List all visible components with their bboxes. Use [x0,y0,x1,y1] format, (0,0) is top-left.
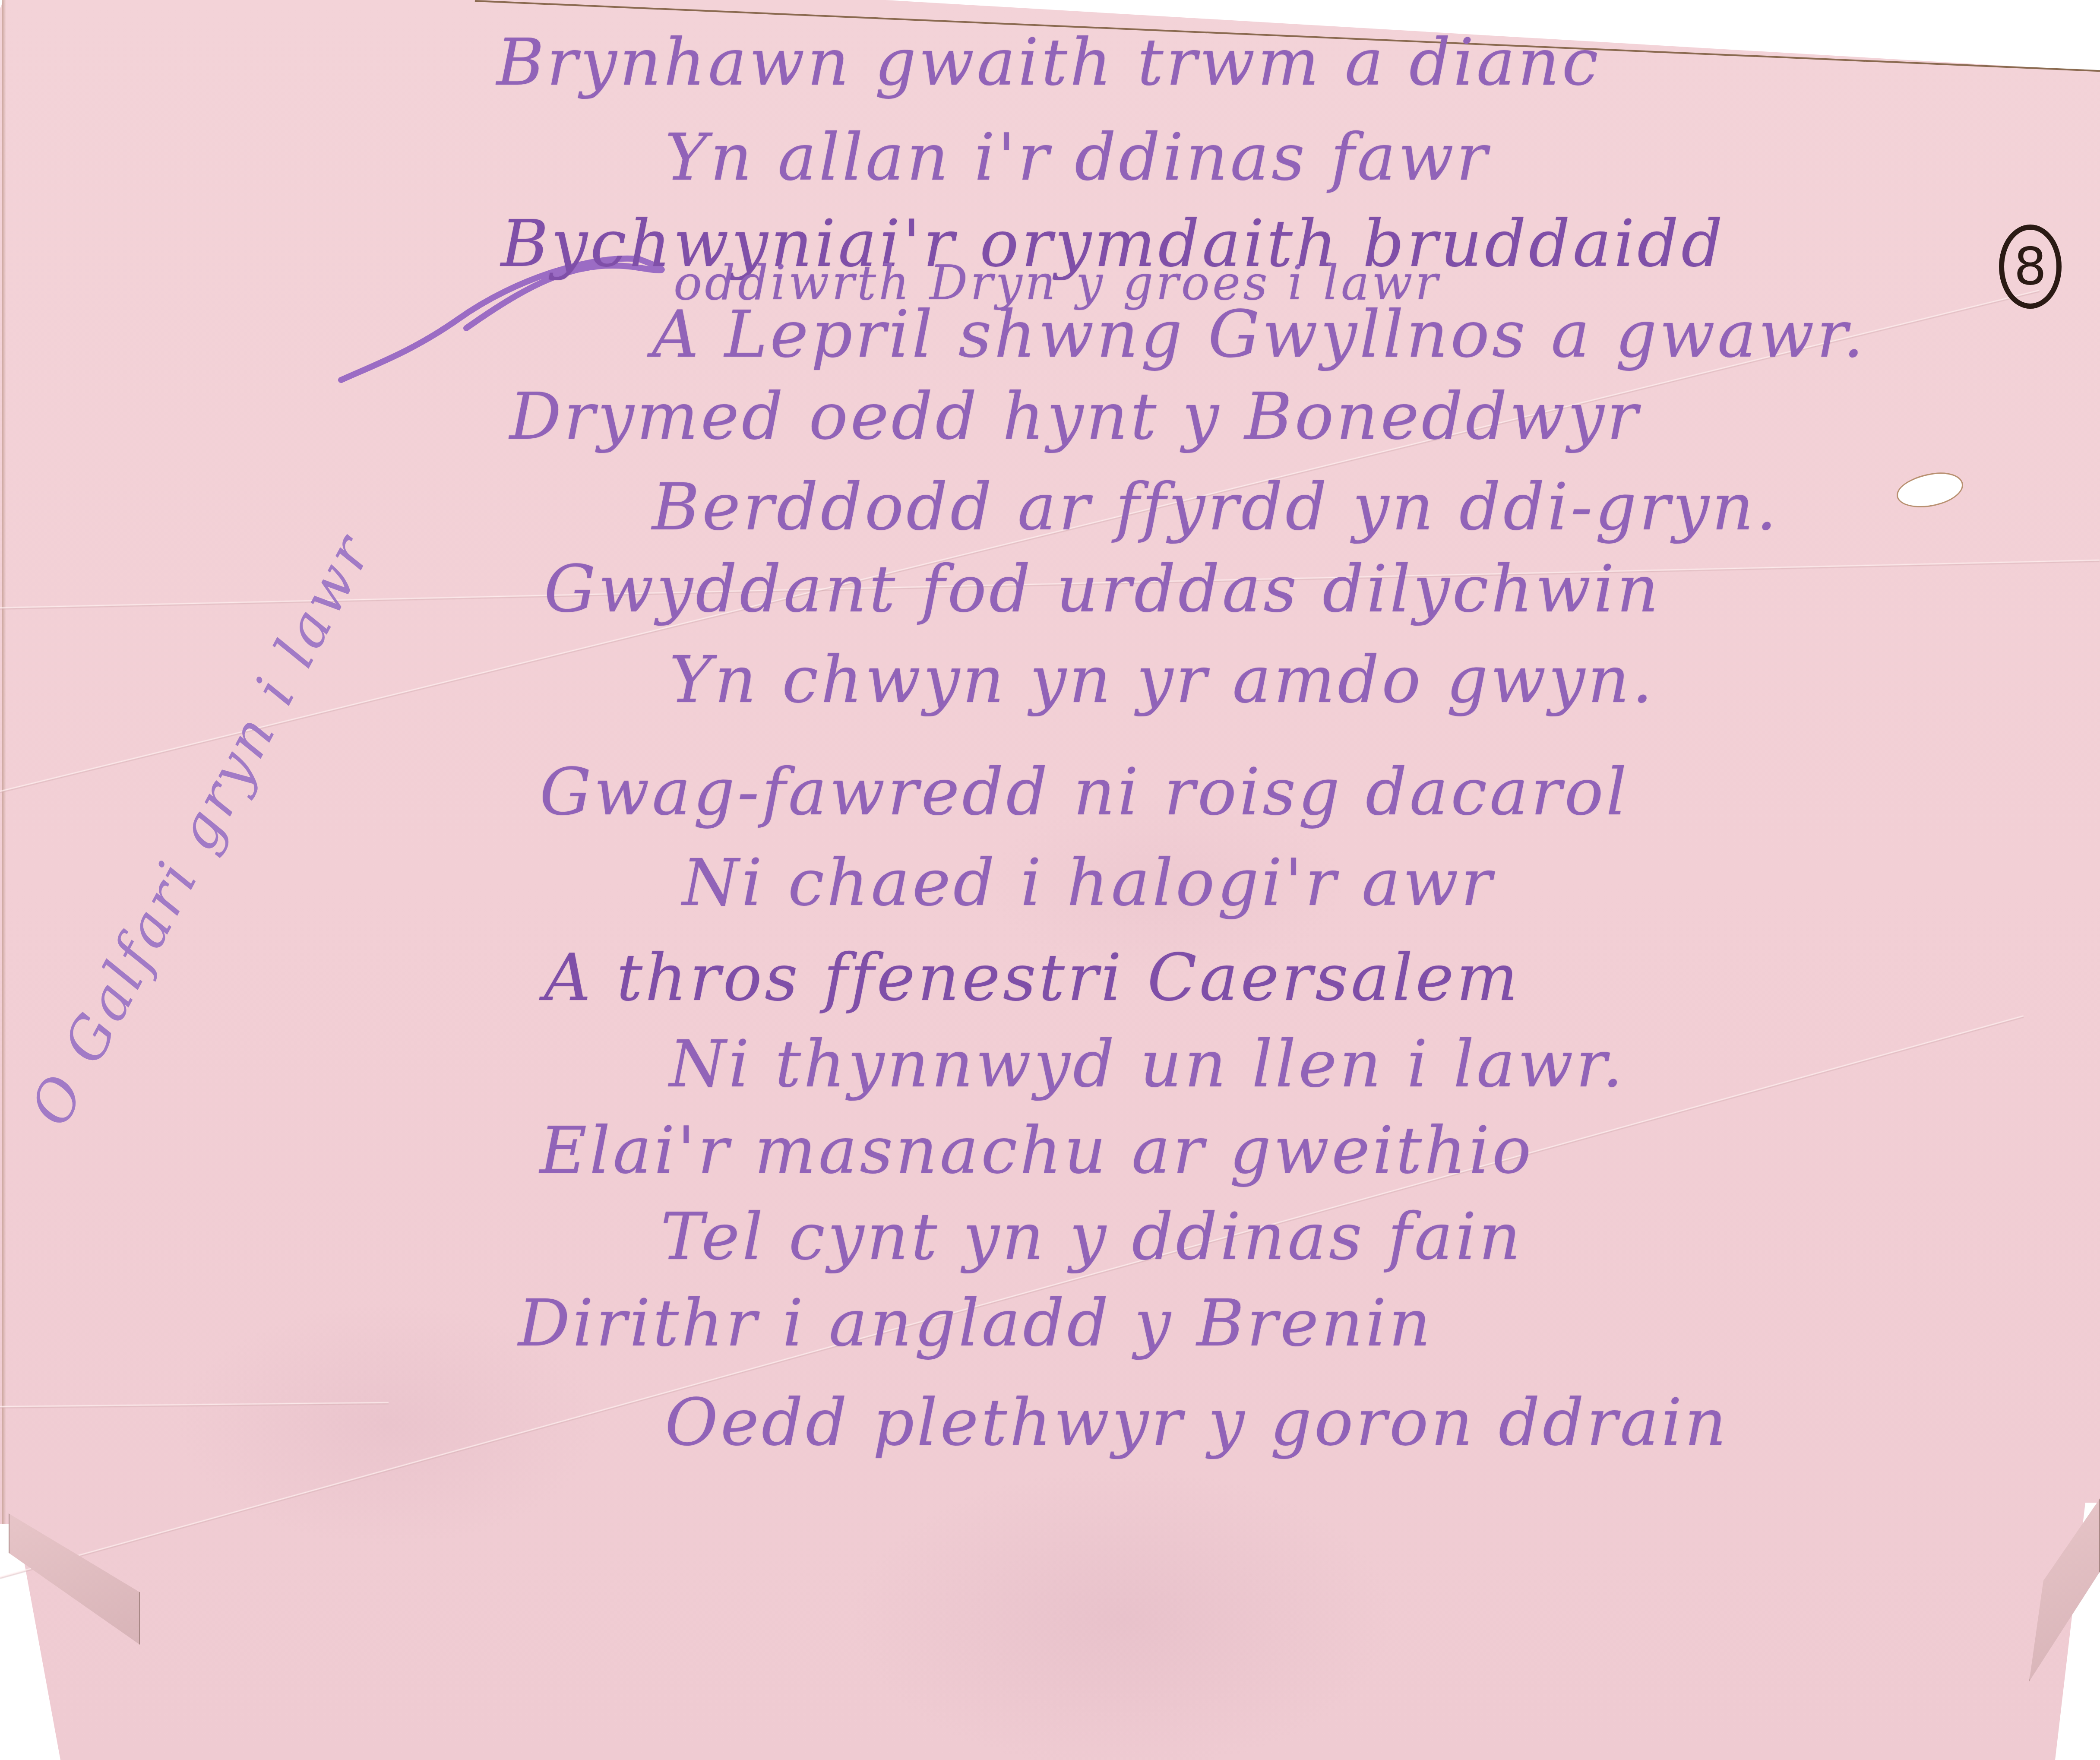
poem-line-11: Ni chaed i halogi'r awr [682,851,1495,915]
poem-line-16: Dirithr i angladd y Brenin [518,1291,1433,1356]
poem-line-8: Gwyddant fod urddas dilychwin [544,557,1661,622]
poem-line-10: Gwag-fawredd ni roisg dacarol [540,760,1629,825]
poem-line-6: Drymed oedd hynt y Boneddwyr [509,384,1640,449]
poem-line-5: A Lepril shwng Gwyllnos a gwawr. [652,302,1866,367]
poem-line-15: Tel cynt yn y ddinas fain [661,1205,1523,1269]
poem-line-17: Oedd plethwyr y goron ddrain [665,1390,1729,1455]
poem-line-9: Yn chwyn yn yr amdo gwyn. [669,648,1655,712]
poem-line-12: A thros ffenestri Caersalem [544,946,1520,1010]
poem-line-7: Berddodd ar ffyrdd yn ddi-gryn. [652,475,1779,540]
poem-line-14: Elai'r masnachu ar gweithio [540,1118,1534,1183]
poem-line-13: Ni thynnwyd un llen i lawr. [669,1032,1626,1097]
poem-body: Brynhawn gwaith trwm a dianc Yn allan i'… [0,0,2100,1760]
poem-line-2: Yn allan i'r ddinas fawr [665,125,1490,190]
poem-line-1: Brynhawn gwaith trwm a dianc [497,30,1601,95]
